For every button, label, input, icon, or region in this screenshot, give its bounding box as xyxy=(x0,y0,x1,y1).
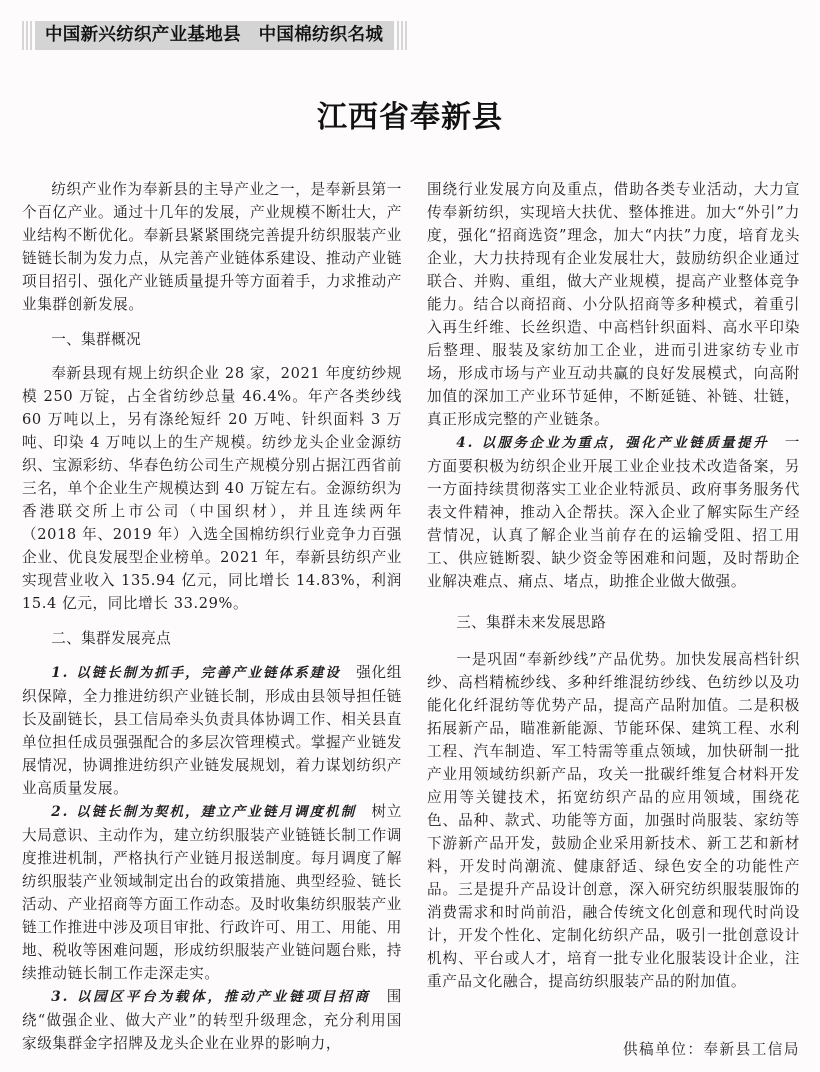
section-3-heading: 三、集群未来发展思路 xyxy=(427,611,800,634)
section-2-heading: 二、集群发展亮点 xyxy=(22,627,402,650)
banner-decoration-right xyxy=(397,21,407,50)
right-column: 围绕行业发展方向及重点，借助各类专业活动，大力宣传奉新纺织，实现培大扶优、整体推… xyxy=(427,178,800,993)
section-2-item-3-continued: 围绕行业发展方向及重点，借助各类专业活动，大力宣传奉新纺织，实现培大扶优、整体推… xyxy=(427,178,800,431)
section-3-body: 一是巩固“奉新纱线”产品优势。加快发展高档针织纱、高档精梳纱线、多种纤维混纺纱线… xyxy=(427,648,800,993)
section-2-item-2: 2. 以链长制为契机，建立产业链月调度机制 树立大局意识、主动作为，建立纺织服装… xyxy=(22,800,402,985)
section-2-item-3: 3. 以园区平台为载体，推动产业链项目招商 围绕“做强企业、做大产业”的转型升级… xyxy=(22,985,402,1055)
item-2-lead: 2. 以链长制为契机，建立产业链月调度机制 xyxy=(51,804,356,820)
column-banner: 中国新兴纺织产业基地县 中国棉纺织名城 xyxy=(22,21,407,50)
item-2-body: 树立大局意识、主动作为，建立纺织服装产业链链长制工作调度推进机制，严格执行产业链… xyxy=(22,803,402,982)
item-1-body: 强化组织保障，全力推进纺织产业链长制，形成由县领导担任链长及副链长，县工信局牵头… xyxy=(22,664,402,797)
section-1-heading: 一、集群概况 xyxy=(22,328,402,351)
item-4-lead: 4. 以服务企业为重点，强化产业链质量提升 xyxy=(456,435,769,451)
article-title: 江西省奉新县 xyxy=(0,92,820,136)
section-2-item-4: 4. 以服务企业为重点，强化产业链质量提升 一方面要积极为纺织企业开展工业企业技… xyxy=(427,431,800,593)
banner-label: 中国新兴纺织产业基地县 中国棉纺织名城 xyxy=(35,21,394,50)
section-1-body: 奉新县现有规上纺织企业 28 家，2021 年度纺纱规模 250 万锭，占全省纺… xyxy=(22,362,402,615)
intro-paragraph: 纺织产业作为奉新县的主导产业之一，是奉新县第一个百亿产业。通过十几年的发展，产业… xyxy=(22,178,402,316)
item-3-lead: 3. 以园区平台为载体，推动产业链项目招商 xyxy=(51,989,371,1005)
section-2-item-1: 1. 以链长制为抓手，完善产业链体系建设 强化组织保障，全力推进纺织产业链长制，… xyxy=(22,661,402,800)
contributor-credit: 供稿单位：奉新县工信局 xyxy=(623,1038,800,1059)
item-1-lead: 1. 以链长制为抓手，完善产业链体系建设 xyxy=(51,665,341,681)
banner-decoration-left xyxy=(22,21,32,50)
item-4-body: 一方面要积极为纺织企业开展工业企业技术改造备案，另一方面持续贯彻落实工业企业特派… xyxy=(427,434,800,590)
left-column: 纺织产业作为奉新县的主导产业之一，是奉新县第一个百亿产业。通过十几年的发展，产业… xyxy=(22,178,402,1055)
